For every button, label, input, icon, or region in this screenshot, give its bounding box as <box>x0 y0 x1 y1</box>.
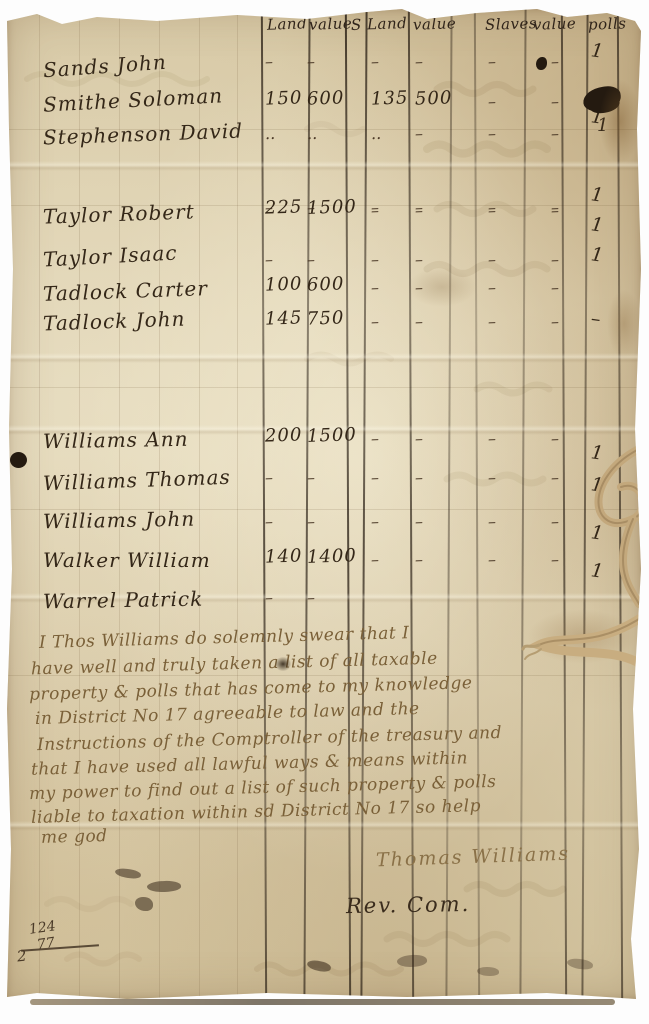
cell-dash: – <box>551 126 560 142</box>
cell-dash: – <box>265 54 274 70</box>
cell-dash: – <box>371 203 380 219</box>
cell-dash: – <box>371 552 380 568</box>
cell-dash: – <box>415 252 424 268</box>
cell-dash: – <box>415 126 424 142</box>
column-header-5: value <box>533 16 577 33</box>
pencil-guide-vertical <box>119 9 120 999</box>
cell-value: 1400 <box>307 547 357 567</box>
stain-mid <box>407 267 477 307</box>
cell-value: 1500 <box>307 198 357 218</box>
cell-value: 500 <box>415 89 453 108</box>
cell-dash: – <box>488 552 497 568</box>
pencil-guide-vertical <box>79 9 80 999</box>
taxpayer-name: Williams John <box>43 509 195 532</box>
cell-dash: – <box>415 314 424 330</box>
cell-value: 600 <box>307 89 345 108</box>
scanned-tax-document: LandvalueS LandvalueSlavesvaluepolls San… <box>0 0 649 1024</box>
cell-value: 100 <box>265 275 303 294</box>
pencil-guide-vertical <box>39 9 40 999</box>
taxpayer-name: Williams Thomas <box>43 467 231 494</box>
cell-dash: .. <box>265 126 276 142</box>
column-header-0: Land <box>267 16 308 32</box>
cell-dash: – <box>415 203 424 219</box>
pencil-guide-horizontal <box>7 387 641 388</box>
cell-value: 150 <box>265 89 303 108</box>
revenue-commissioner-label: Rev. Com. <box>346 894 471 917</box>
taxpayer-name: Warrel Patrick <box>43 589 204 612</box>
cell-dash: – <box>371 470 380 486</box>
cell-dash: – <box>307 590 316 606</box>
cell-dash: – <box>488 314 497 330</box>
stain-right-edge <box>607 289 641 359</box>
cell-dash: – <box>307 54 316 70</box>
cell-dash: – <box>415 514 424 530</box>
cell-dash: – <box>488 431 497 447</box>
cell-dash: – <box>265 514 274 530</box>
cell-dash: – <box>488 203 497 219</box>
cell-dash: – <box>415 552 424 568</box>
cell-dash: – <box>551 203 560 219</box>
cell-dash: – <box>415 431 424 447</box>
cell-dash: – <box>371 54 380 70</box>
cell-dash: – <box>371 314 380 330</box>
cell-dash: – <box>415 470 424 486</box>
cell-dash: – <box>265 252 274 268</box>
column-header-2: S Land <box>351 16 408 33</box>
cell-dash: – <box>551 280 560 296</box>
fold-crease <box>7 161 641 171</box>
cell-value: 600 <box>307 275 345 294</box>
cell-dash: – <box>488 94 497 110</box>
cell-value: 145 <box>265 309 303 328</box>
taxpayer-name: Tadlock Carter <box>43 278 208 304</box>
smudge-bottom-3 <box>135 897 153 911</box>
taxpayer-name: Tadlock John <box>43 309 186 334</box>
ink-blot-left-margin <box>10 452 27 468</box>
cell-dash: – <box>371 280 380 296</box>
cell-dash: – <box>488 54 497 70</box>
cell-dash: – <box>488 514 497 530</box>
cell-value: 750 <box>307 309 345 328</box>
cell-dash: .. <box>371 126 382 142</box>
paper-sheet: LandvalueS LandvalueSlavesvaluepolls San… <box>7 9 641 999</box>
cell-dash: – <box>265 590 274 606</box>
cell-dash: – <box>551 314 560 330</box>
cell-dash: – <box>371 514 380 530</box>
oath-line: me god <box>41 828 108 847</box>
pencil-guide-vertical <box>237 9 238 999</box>
binding-twine <box>521 419 641 699</box>
cell-dash: – <box>488 252 497 268</box>
column-header-6: polls <box>588 16 627 32</box>
taxpayer-name: Stephenson David <box>43 121 244 148</box>
cell-dash: – <box>371 252 380 268</box>
stain-oath-blob <box>275 657 291 671</box>
taxpayer-name: Taylor Robert <box>43 201 195 226</box>
cell-dash: – <box>488 126 497 142</box>
cell-value: 135 <box>371 89 409 108</box>
cell-dash: – <box>307 470 316 486</box>
pencil-guide-vertical <box>159 9 160 999</box>
cell-dash: – <box>551 54 560 70</box>
column-header-1: value <box>309 16 353 33</box>
cell-dash: – <box>551 252 560 268</box>
taxpayer-name: Walker William <box>43 550 211 570</box>
cell-dash: – <box>265 470 274 486</box>
fold-crease <box>7 353 641 363</box>
cell-value: 200 <box>265 426 303 445</box>
pencil-guide-vertical <box>199 9 200 999</box>
page-bottom-shadow <box>30 999 615 1005</box>
cell-dash: – <box>551 94 560 110</box>
cell-value: 1500 <box>307 426 357 446</box>
column-header-4: Slaves <box>485 16 538 33</box>
taxpayer-name: Taylor Isaac <box>43 242 178 269</box>
cell-value: 140 <box>265 547 303 566</box>
stain-top-right <box>599 79 641 164</box>
cell-dash: – <box>488 280 497 296</box>
cell-dash: – <box>307 514 316 530</box>
cell-value: 225 <box>265 198 303 217</box>
cell-dash: – <box>371 431 380 447</box>
cell-dash: – <box>415 54 424 70</box>
cell-dash: – <box>307 252 316 268</box>
pencil-number-2: 2 <box>16 949 27 965</box>
taxpayer-name: Williams Ann <box>43 429 189 452</box>
cell-dash: – <box>488 470 497 486</box>
cell-dash: .. <box>307 126 318 142</box>
smudge-bottom-6 <box>477 967 499 976</box>
column-header-3: value <box>413 16 457 33</box>
